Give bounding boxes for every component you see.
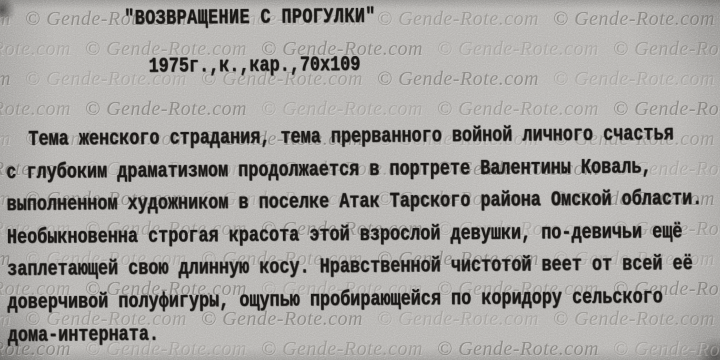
artwork-info-line: 1975г.,к.,кар.,70х109 (149, 55, 361, 78)
text-line: Тема женского страдания, тема прерванног… (6, 119, 702, 158)
scanned-document-page: © Gende-Rote.com© Gende-Rote.com© Gende-… (0, 0, 720, 360)
artwork-title: "ВОЗВРАЩЕНИЕ С ПРОГУЛКИ" (124, 7, 376, 30)
description-paragraph: Тема женского страдания, тема прерванног… (6, 119, 704, 353)
text-line: доверчивой полуфигуры, ощупью пробирающе… (7, 282, 703, 321)
document-tilt-wrapper: "ВОЗВРАЩЕНИЕ С ПРОГУЛКИ" 1975г.,к.,кар.,… (0, 0, 720, 360)
typewritten-text-block: "ВОЗВРАЩЕНИЕ С ПРОГУЛКИ" 1975г.,к.,кар.,… (0, 0, 720, 360)
text-line: дома-интерната. (8, 315, 704, 354)
